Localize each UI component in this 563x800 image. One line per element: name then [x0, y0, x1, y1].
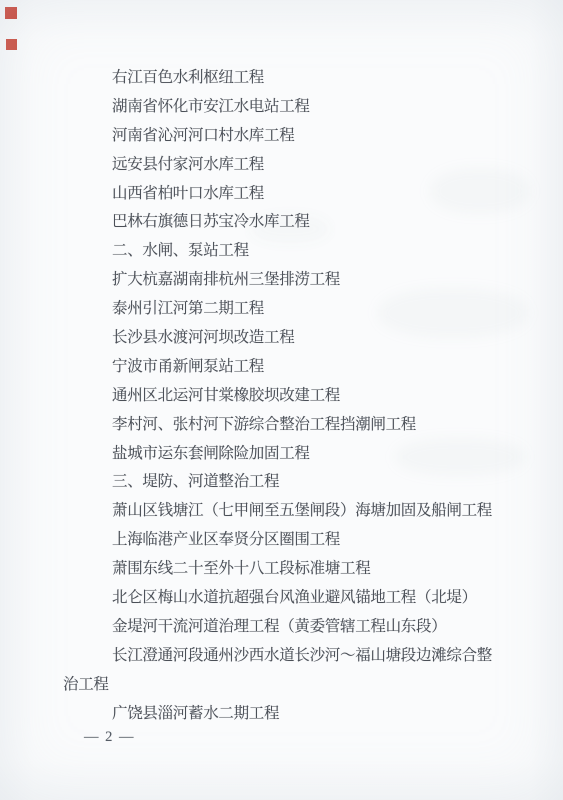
text-line: 巴林右旗德日苏宝冷水库工程: [63, 208, 533, 237]
text-line: 山西省柏叶口水库工程: [63, 180, 533, 209]
text-line: 宁波市甬新闸泵站工程: [63, 353, 533, 382]
text-line: 右江百色水利枢纽工程: [63, 64, 533, 93]
text-line: 河南省沁河河口村水库工程: [63, 122, 533, 151]
document-page: 右江百色水利枢纽工程湖南省怀化市安江水电站工程河南省沁河河口村水库工程远安县付家…: [0, 0, 563, 800]
text-line: 扩大杭嘉湖南排杭州三堡排涝工程: [63, 266, 533, 295]
text-line: 金堤河干流河道治理工程（黄委管辖工程山东段）: [63, 613, 533, 642]
red-stamp-mark-bottom: [6, 39, 17, 50]
text-line: 泰州引江河第二期工程: [63, 295, 533, 324]
section-heading-line: 三、堤防、河道整治工程: [63, 468, 533, 497]
page-number: — 2 —: [84, 727, 135, 747]
document-body: 右江百色水利枢纽工程湖南省怀化市安江水电站工程河南省沁河河口村水库工程远安县付家…: [63, 64, 533, 728]
text-line: 湖南省怀化市安江水电站工程: [63, 93, 533, 122]
text-line: 长江澄通河段通州沙西水道长沙河～福山塘段边滩综合整: [63, 642, 533, 671]
text-line: 通州区北运河甘棠橡胶坝改建工程: [63, 382, 533, 411]
text-line: 上海临港产业区奉贤分区圈围工程: [63, 526, 533, 555]
section-heading-line: 二、水闸、泵站工程: [63, 237, 533, 266]
text-line: 远安县付家河水库工程: [63, 151, 533, 180]
text-line: 广饶县淄河蓄水二期工程: [63, 700, 533, 729]
text-line: 治工程: [63, 671, 533, 700]
text-line: 萧山区钱塘江（七甲闸至五堡闸段）海塘加固及船闸工程: [63, 497, 533, 526]
text-line: 萧围东线二十至外十八工段标准塘工程: [63, 555, 533, 584]
text-line: 盐城市运东套闸除险加固工程: [63, 440, 533, 469]
text-line: 北仑区梅山水道抗超强台风渔业避风锚地工程（北堤）: [63, 584, 533, 613]
red-stamp-mark-top: [5, 7, 17, 19]
text-line: 长沙县水渡河河坝改造工程: [63, 324, 533, 353]
text-line: 李村河、张村河下游综合整治工程挡潮闸工程: [63, 411, 533, 440]
